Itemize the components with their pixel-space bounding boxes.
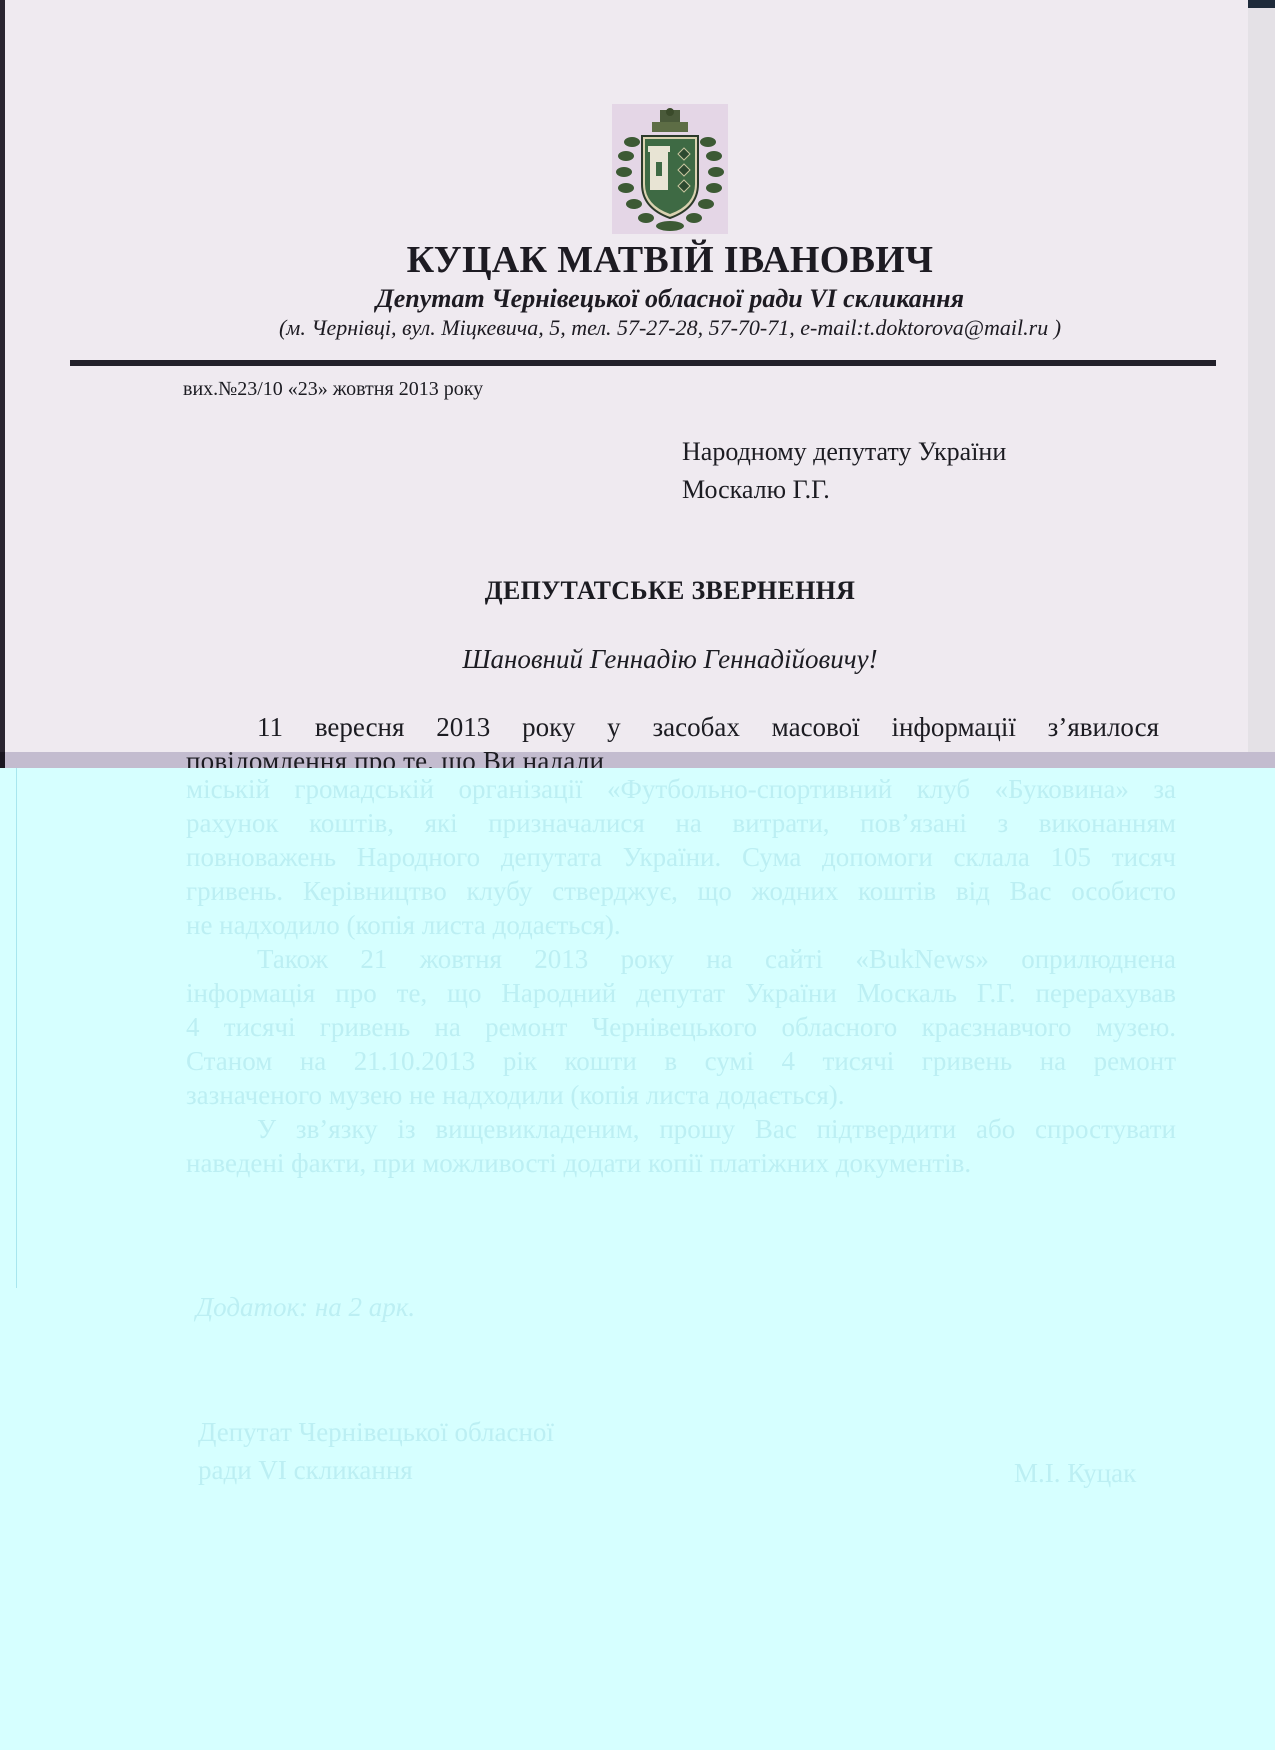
body-line: рахунок коштів, які призначалися на витр…	[186, 806, 1176, 840]
sender-contacts: (м. Чернівці, вул. Міцкевича, 5, тел. 57…	[0, 315, 1275, 341]
body-line: наведені факти, при можливості додати ко…	[186, 1146, 1176, 1180]
attachment-note: Додаток: на 2 арк.	[196, 1290, 415, 1324]
body-line: не надходило (копія листа додається).	[186, 908, 1176, 942]
coat-of-arms-icon	[612, 104, 728, 234]
body-line: Також 21 жовтня 2013 року на сайті «BukN…	[186, 942, 1176, 976]
scan-right-margin	[1248, 0, 1275, 752]
signature-position-line-1: Депутат Чернівецької обласної	[198, 1415, 554, 1449]
body-line: гривень. Керівництво клубу стверджує, що…	[186, 874, 1176, 908]
recipient-line-1: Народному депутату України	[682, 433, 1006, 471]
body-line: інформація про те, що Народний депутат У…	[186, 976, 1176, 1010]
body-paragraph-line-1: 11 вересня 2013 року у засобах масової і…	[257, 712, 1159, 743]
letterhead-divider	[70, 360, 1216, 366]
outgoing-reference: вих.№23/10 «23» жовтня 2013 року	[183, 378, 483, 401]
body-line: У зв’язку із вищевикладеним, прошу Вас п…	[186, 1112, 1176, 1146]
scan-band-edge	[0, 752, 5, 768]
signer-name: М.І. Куцак	[1014, 1456, 1136, 1490]
obscured-body-text: повідомлення про те, що Ви надали спонсо…	[186, 738, 1176, 1180]
body-line: 4 тисячі гривень на ремонт Чернівецького…	[186, 1010, 1176, 1044]
scan-left-edge	[0, 0, 5, 752]
sender-name: КУЦАК МАТВІЙ ІВАНОВИЧ	[0, 238, 1275, 282]
document-title: ДЕПУТАТСЬКЕ ЗВЕРНЕННЯ	[0, 576, 1275, 606]
body-paragraph-line-2: повідомлення про те, що Ви надали	[186, 746, 604, 768]
sender-position: Депутат Чернівецької обласної ради VI ск…	[0, 284, 1275, 314]
recipient-line-2: Москалю Г.Г.	[682, 471, 1006, 509]
body-line: зазначеного музею не надходили (копія ли…	[186, 1078, 1176, 1112]
scan-artifact-line	[16, 768, 17, 1288]
scan-corner-shadow	[1248, 0, 1275, 8]
body-line: Станом на 21.10.2013 рік кошти в сумі 4 …	[186, 1044, 1176, 1078]
signature-position-line-2: ради VI скликання	[198, 1453, 413, 1487]
recipient-block: Народному депутату України Москалю Г.Г.	[682, 433, 1006, 509]
body-line: міській громадській організації «Футболь…	[186, 772, 1176, 806]
salutation: Шановний Геннадію Геннадійовичу!	[0, 644, 1275, 675]
body-line: повноважень Народного депутата України. …	[186, 840, 1176, 874]
